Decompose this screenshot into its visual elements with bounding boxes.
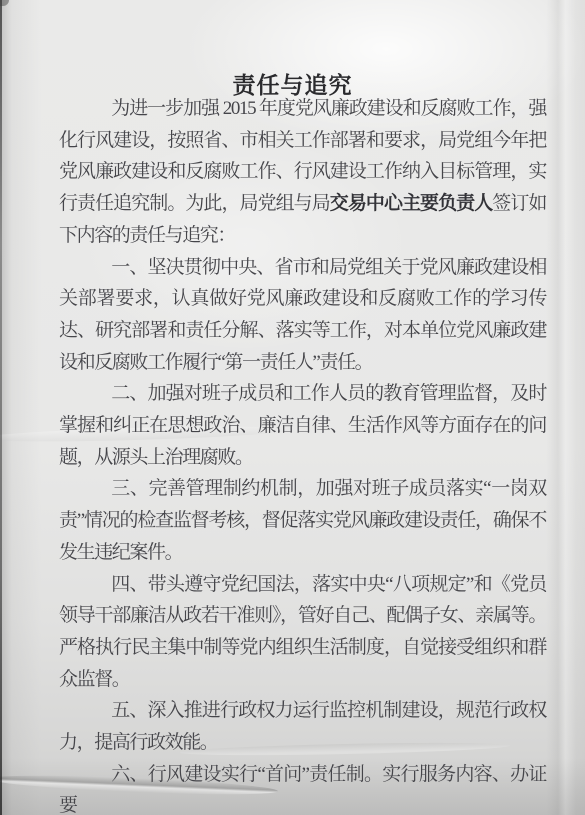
body-text: 五、深入推进行政权力运行监控机制建设，规范行政权力，提高行政效能。: [59, 700, 546, 753]
document-body: 为进一步加强 2015 年度党风廉政建设和反腐败工作，强化行风建设，按照省、市相…: [59, 93, 546, 815]
paragraph: 四、带头遵守党纪国法，落实中央“八项规定”和《党员领导干部廉洁从政若干准则》，管…: [59, 569, 546, 696]
photo-corner-shadow: [0, 0, 9, 6]
photo-left-edge: [0, 0, 2, 815]
bold-text: 交易中心主要负责人: [330, 193, 492, 214]
paragraph: 为进一步加强 2015 年度党风廉政建设和反腐败工作，强化行风建设，按照省、市相…: [59, 93, 546, 252]
paragraph: 一、坚决贯彻中央、省市和局党组关于党风廉政建设相关部署要求，认真做好党风廉政建设…: [59, 252, 546, 379]
body-text: 一、坚决贯彻中央、省市和局党组关于党风廉政建设相关部署要求，认真做好党风廉政建设…: [59, 257, 546, 373]
body-text: 二、加强对班子成员和工作人员的教育管理监督，及时掌握和纠正在思想政治、廉洁自律、…: [59, 383, 546, 467]
paper-crease: [546, 0, 576, 815]
document-photo: 责任与追究 为进一步加强 2015 年度党风廉政建设和反腐败工作，强化行风建设，…: [0, 0, 585, 815]
paragraph: 五、深入推进行政权力运行监控机制建设，规范行政权力，提高行政效能。: [59, 695, 546, 758]
paragraph: 六、行风建设实行“首问”责任制。实行服务内容、办证要: [59, 759, 546, 815]
paragraph: 二、加强对班子成员和工作人员的教育管理监督，及时掌握和纠正在思想政治、廉洁自律、…: [59, 378, 546, 473]
body-text: 三、完善管理制约机制，加强对班子成员落实“一岗双责”情况的检查监督考核，督促落实…: [59, 478, 546, 562]
body-text: 四、带头遵守党纪国法，落实中央“八项规定”和《党员领导干部廉洁从政若干准则》，管…: [59, 574, 546, 690]
body-text: 六、行风建设实行“首问”责任制。实行服务内容、办证要: [59, 764, 546, 815]
paragraph: 三、完善管理制约机制，加强对班子成员落实“一岗双责”情况的检查监督考核，督促落实…: [59, 473, 546, 568]
